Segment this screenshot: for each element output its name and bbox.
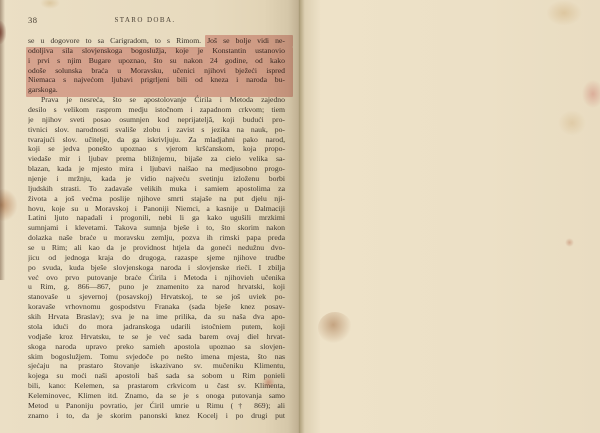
text-line: u Rim, g. 866—867, puno je znamenito za … [28, 282, 285, 292]
text-line: desilo s velikom rasprom medju istočnom … [28, 105, 285, 115]
text-line: tvarajući slov. učitelje, da ga iskrivlj… [28, 135, 285, 145]
text-line: stanovaše u sjevernoj (posavskoj) Hrvats… [28, 292, 285, 302]
text-line: viedaše mir i ljubav prema bližnjemu, bi… [28, 154, 285, 164]
text-line: skih Hrvata Braslav); sva je na ime pril… [28, 312, 285, 322]
text-line: bili, kano: Kelemen, sa prastarom crkvic… [28, 381, 285, 391]
text-line: se u dogovore to sa Carigradom, to s Rim… [28, 36, 285, 46]
text-line: kojega su moći naši apostoli baš sada sa… [28, 371, 285, 381]
text-line: se u Rim; ali kao da je providnost htjel… [28, 243, 285, 253]
running-header-left: STARO DOBA. [30, 16, 260, 24]
text-line: je njihov sveti posao osumnjen kod nepri… [28, 115, 285, 125]
text-line: koji se jedva ponešto upoznao s vjerom k… [28, 144, 285, 154]
text-line: tivnici slov. narodnosti svališe zlobu i… [28, 125, 285, 135]
text-line: Metod u Panoniju povratio, jer Ćiril umr… [28, 401, 285, 411]
text-line: skim bogoslužjem. Tomu svjedoče po nešto… [28, 352, 285, 362]
text-line: blazan, kada je mjesto mira i ljubavi na… [28, 164, 285, 174]
text-line: Prava je nesreća, što se apostolovanje Ć… [28, 95, 285, 105]
text-line: života a još većma poslije njihove smrti… [28, 194, 285, 204]
text-line: znamo i to, da je skorim panonski knez K… [28, 411, 285, 421]
text-line: vodjaše kroz Hrvatsku, te se je već sada… [28, 332, 285, 342]
text-line: Keleminovec, Klimen itd. Znamo, da se je… [28, 391, 285, 401]
text-line: skoga naroda upravo preko samieh apostol… [28, 342, 285, 352]
text-column-left: se u dogovore to sa Carigradom, to s Rim… [28, 36, 285, 421]
text-line: garskoga. [28, 85, 285, 95]
text-line: po svuda, kuda bješe slovjenskoga naroda… [28, 263, 285, 273]
text-line: Latini ljuto napadali i progonili, nebi … [28, 213, 285, 223]
text-line: dolazka naše braće u moravsku zemlju, po… [28, 233, 285, 243]
text-line: jicu od jednoga kraja do drugoga, razasp… [28, 253, 285, 263]
page-right: 39 DJELO ĆIRILA I METODA DOPIRE U HRVATS… [300, 0, 600, 433]
text-line: koravaše vrhovnomu gospodstvu Franaka (s… [28, 302, 285, 312]
text-line: stola idući do mora jadranskoga udarili … [28, 322, 285, 332]
text-line: odoše solunska braća u Moravsku, učenici… [28, 66, 285, 76]
text-line: sumnjami i klevetami. Takova sumnja bješ… [28, 223, 285, 233]
text-line: već ovo prvo putovanje braće Ćirila i Me… [28, 273, 285, 283]
text-line: i prvi s njim Bugare upoznao, što su nak… [28, 56, 285, 66]
text-line: ljudskih strasti. To zadavaše velikih mu… [28, 184, 285, 194]
book-scan: 38 STARO DOBA. se u dogovore to sa Carig… [0, 0, 600, 433]
text-line: sjećaju na prastaro štovanje iskazivano … [28, 361, 285, 371]
text-line: Niemaca s najvećom ljubavi prigrljeni bi… [28, 75, 285, 85]
text-line: odoljiva sila slovjenskoga bogoslužja, k… [28, 46, 285, 56]
page-left: 38 STARO DOBA. se u dogovore to sa Carig… [0, 0, 300, 433]
text-line: hovu, koje su u Moravskoj i Panoniji Nie… [28, 204, 285, 214]
text-line: njenje i mržnju, kada je vidio najveću s… [28, 174, 285, 184]
